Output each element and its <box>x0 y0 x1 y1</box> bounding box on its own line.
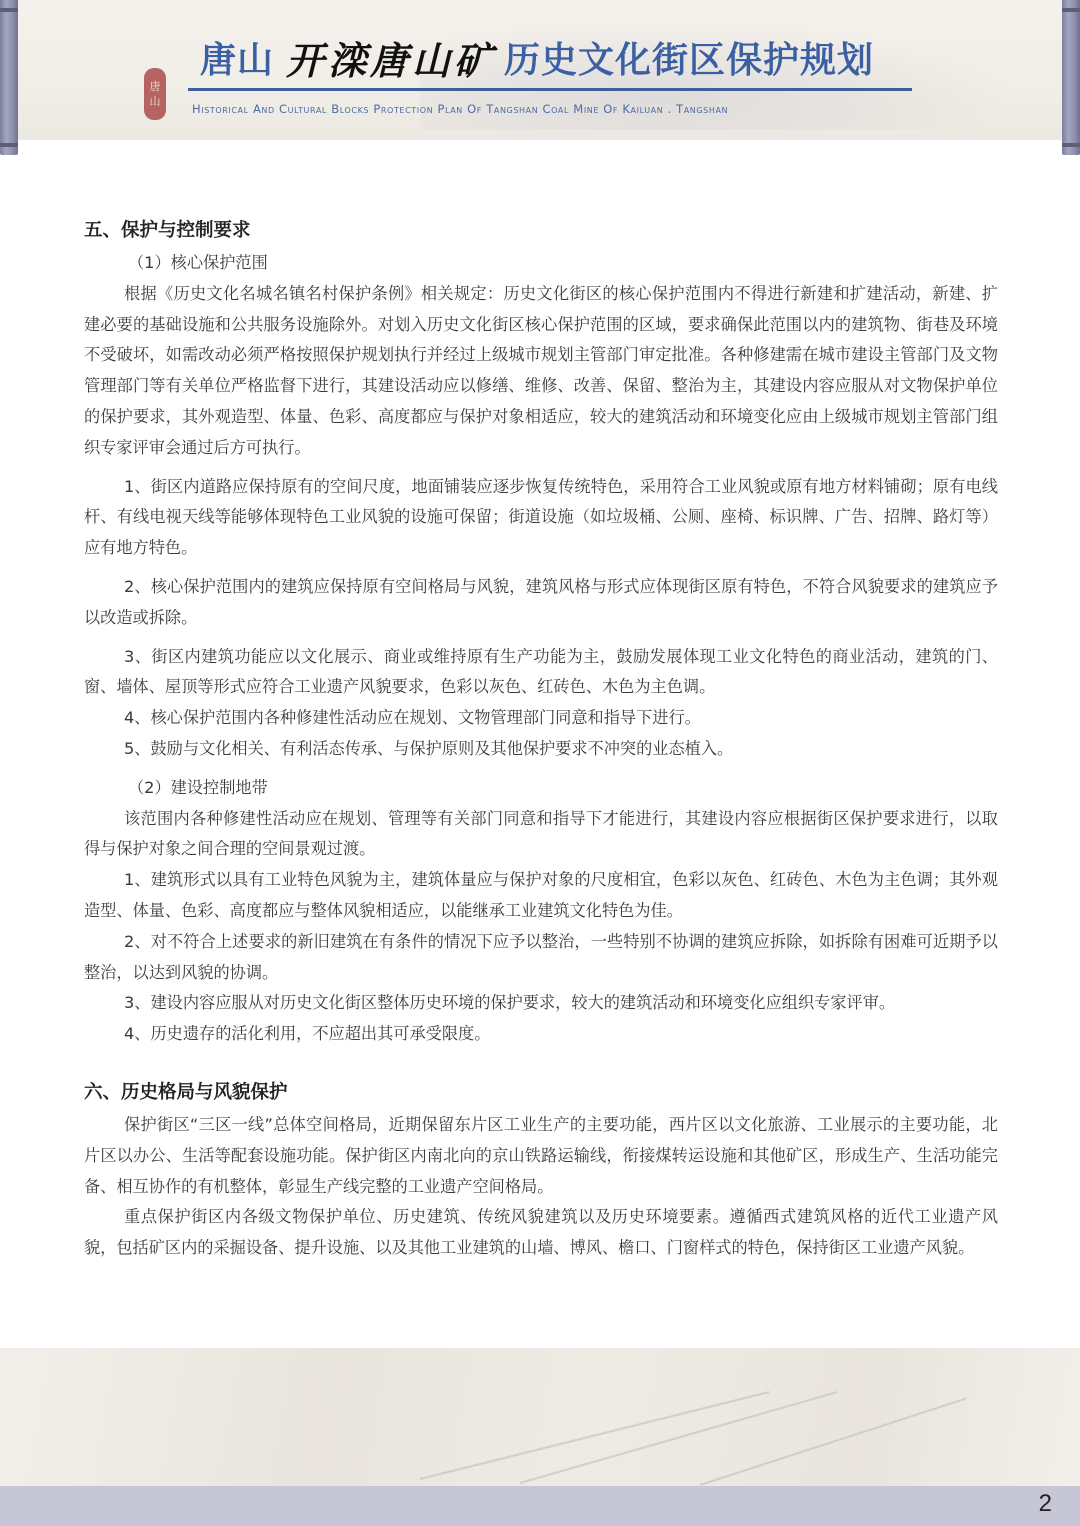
title-plan-name: 历史文化街区保护规划 <box>504 32 874 83</box>
subsection-heading: （2）建设控制地带 <box>84 773 998 804</box>
document-title: 唐山 开滦唐山矿 历史文化街区保护规划 <box>200 32 874 82</box>
document-body: 五、保护与控制要求 （1）核心保护范围 根据《历史文化名城名镇名村保护条例》相关… <box>84 214 998 1264</box>
subsection-heading: （1）核心保护范围 <box>84 248 998 279</box>
paragraph: 重点保护街区内各级文物保护单位、历史建筑、传统风貌建筑以及历史环境要素。遵循西式… <box>84 1202 998 1264</box>
seal-logo: 唐 山 <box>144 68 166 120</box>
title-city: 唐山 <box>200 32 274 83</box>
list-item: 1、建筑形式以具有工业特色风貌为主，建筑体量应与保护对象的尺度相宜，色彩以灰色、… <box>84 865 998 927</box>
page-number: 2 <box>1039 1490 1052 1518</box>
list-item: 2、对不符合上述要求的新旧建筑在有条件的情况下应予以整治，一些特别不协调的建筑应… <box>84 927 998 989</box>
seal-char-1: 唐 <box>150 79 161 94</box>
scroll-rod-left <box>0 0 18 155</box>
list-item: 2、核心保护范围内的建筑应保持原有空间格局与风貌，建筑风格与形式应体现街区原有特… <box>84 572 998 634</box>
seal-char-2: 山 <box>150 94 161 109</box>
paragraph: 保护街区“三区一线”总体空间格局，近期保留东片区工业生产的主要功能，西片区以文化… <box>84 1110 998 1202</box>
page-header-banner: 唐 山 唐山 开滦唐山矿 历史文化街区保护规划 Historical And C… <box>0 0 1080 140</box>
footer-bar: 2 <box>0 1486 1080 1526</box>
title-divider <box>188 88 912 91</box>
list-item: 3、街区内建筑功能应以文化展示、商业或维持原有生产功能为主，鼓励发展体现工业文化… <box>84 642 998 704</box>
scroll-rod-right <box>1062 0 1080 155</box>
paragraph: 根据《历史文化名城名镇名村保护条例》相关规定：历史文化街区的核心保护范围内不得进… <box>84 279 998 464</box>
section-heading: 五、保护与控制要求 <box>84 214 998 248</box>
section-heading: 六、历史格局与风貌保护 <box>84 1076 998 1110</box>
list-item: 5、鼓励与文化相关、有利活态传承、与保护原则及其他保护要求不冲突的业态植入。 <box>84 734 998 765</box>
list-item: 1、街区内道路应保持原有的空间尺度，地面铺装应逐步恢复传统特色，采用符合工业风貌… <box>84 472 998 564</box>
paragraph: 该范围内各种修建性活动应在规划、管理等有关部门同意和指导下才能进行，其建设内容应… <box>84 804 998 866</box>
list-item: 4、历史遗存的活化利用，不应超出其可承受限度。 <box>84 1019 998 1050</box>
footer-background-image <box>0 1348 1080 1486</box>
list-item: 3、建设内容应服从对历史文化街区整体历史环境的保护要求，较大的建筑活动和环境变化… <box>84 988 998 1019</box>
english-subtitle: Historical And Cultural Blocks Protectio… <box>192 102 932 116</box>
title-calligraphy: 开滦唐山矿 <box>286 30 496 85</box>
list-item: 4、核心保护范围内各种修建性活动应在规划、文物管理部门同意和指导下进行。 <box>84 703 998 734</box>
